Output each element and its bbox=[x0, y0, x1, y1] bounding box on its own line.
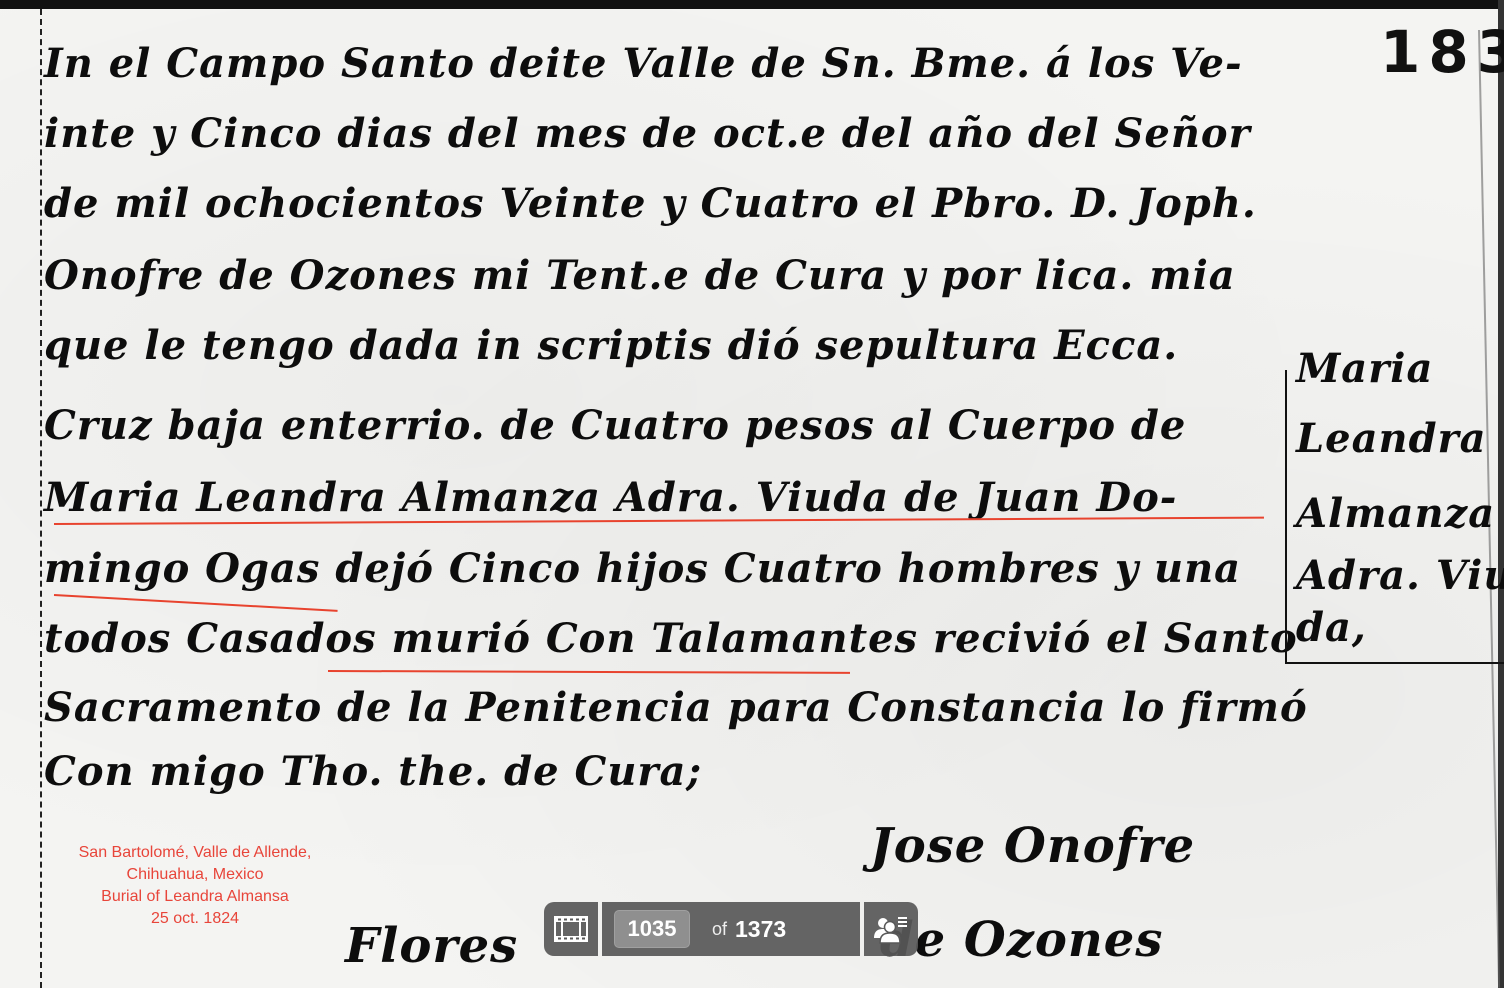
filmstrip-button[interactable] bbox=[544, 902, 598, 956]
people-list-button[interactable] bbox=[864, 902, 918, 956]
filmstrip-icon bbox=[554, 916, 588, 942]
margin-note-1: Maria bbox=[1296, 345, 1433, 392]
people-list-icon bbox=[873, 914, 909, 944]
text-line-10: Sacramento de la Penitencia para Constan… bbox=[44, 684, 1308, 731]
caption-annotation: San Bartolomé, Valle de Allende, Chihuah… bbox=[54, 842, 336, 930]
document-image: 183 In el Campo Santo deite Valle de Sn.… bbox=[0, 0, 1504, 988]
text-line-7: Maria Leandra Almanza Adra. Viuda de Jua… bbox=[44, 474, 1177, 521]
annotation-underline-death bbox=[328, 670, 850, 674]
page-number: 183 bbox=[1380, 18, 1504, 86]
text-line-2: inte y Cinco dias del mes de oct.e del a… bbox=[44, 110, 1251, 157]
caption-line-3: Burial of Leandra Almansa bbox=[54, 886, 336, 908]
text-line-9: todos Casados murió Con Talamantes reciv… bbox=[44, 615, 1298, 662]
total-pages: 1373 bbox=[735, 916, 786, 943]
of-label: of bbox=[712, 919, 727, 940]
margin-note-2: Leandra bbox=[1296, 415, 1487, 462]
text-line-1: In el Campo Santo deite Valle de Sn. Bme… bbox=[44, 40, 1243, 87]
current-page-input[interactable]: 1035 bbox=[614, 910, 690, 948]
signature-right-line2: de Ozones bbox=[880, 912, 1163, 968]
signature-right-line1: Jose Onofre bbox=[870, 818, 1195, 874]
caption-line-2: Chihuahua, Mexico bbox=[54, 864, 336, 886]
text-line-6: Cruz baja enterrio. de Cuatro pesos al C… bbox=[44, 402, 1186, 449]
caption-line-4: 25 oct. 1824 bbox=[54, 908, 336, 930]
caption-line-1: San Bartolomé, Valle de Allende, bbox=[54, 842, 336, 864]
text-line-8: mingo Ogas dejó Cinco hijos Cuatro hombr… bbox=[44, 545, 1241, 592]
page-navigator: 1035 of 1373 bbox=[602, 902, 860, 956]
text-line-3: de mil ochocientos Veinte y Cuatro el Pb… bbox=[44, 180, 1257, 227]
scan-top-edge bbox=[0, 0, 1504, 9]
margin-note-3: Almanza bbox=[1296, 490, 1495, 537]
margin-rule bbox=[40, 9, 42, 988]
text-line-11: Con migo Tho. the. de Cura; bbox=[44, 748, 702, 795]
text-line-4: Onofre de Ozones mi Tent.e de Cura y por… bbox=[44, 252, 1236, 299]
annotation-underline-spouse bbox=[54, 594, 338, 612]
margin-note-4: Adra. Viu bbox=[1296, 552, 1504, 599]
text-line-5: que le tengo dada in scriptis dió sepult… bbox=[44, 322, 1178, 369]
image-viewer-toolbar: 1035 of 1373 bbox=[544, 902, 918, 956]
margin-note-5: da, bbox=[1296, 604, 1367, 651]
signature-left: Flores bbox=[345, 918, 518, 974]
